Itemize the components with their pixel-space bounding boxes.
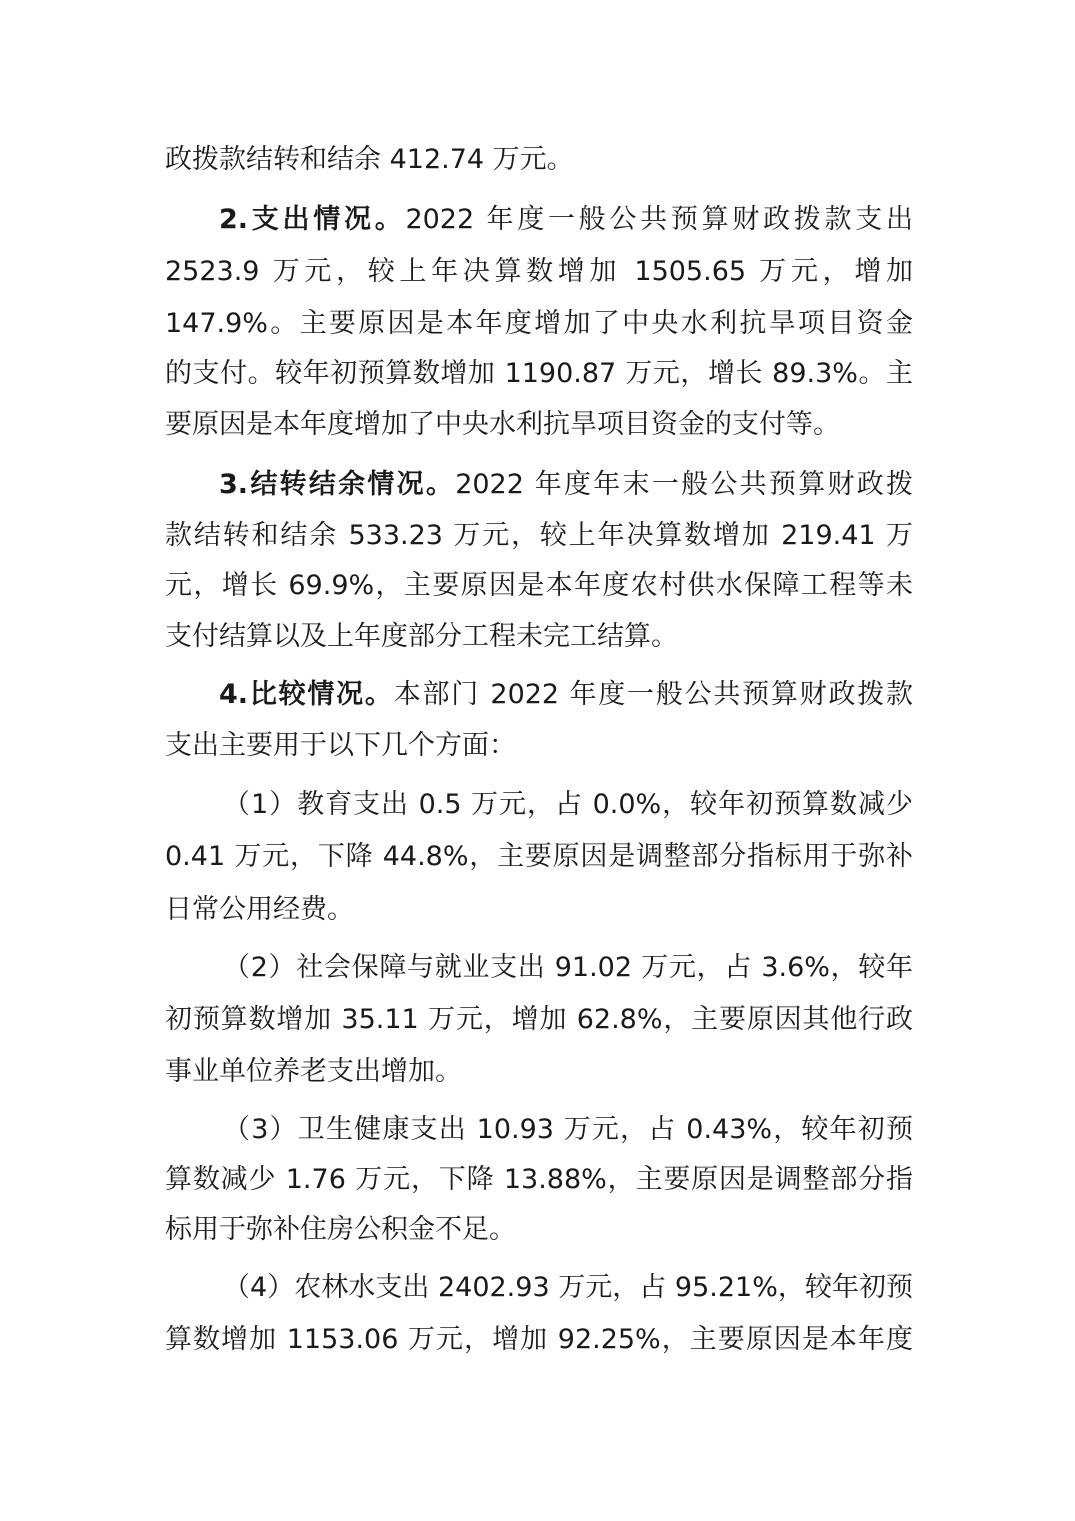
paragraph-line: 元，增长 69.9%，主要原因是本年度农村供水保障工程等未 xyxy=(165,564,913,608)
list-item-line: （2）社会保障与就业支出 91.02 万元，占 3.6%，较年 xyxy=(165,946,913,990)
paragraph-line: 事业单位养老支出增加。 xyxy=(165,1050,913,1094)
paragraph-text: 2022 年度年末一般公共预算财政拨 xyxy=(455,469,913,500)
paragraph-line: 初预算数增加 35.11 万元，增加 62.8%，主要原因其他行政 xyxy=(165,998,913,1042)
list-item-line: （1）教育支出 0.5 万元，占 0.0%，较年初预算数减少 xyxy=(165,783,913,827)
paragraph-line: 147.9%。主要原因是本年度增加了中央水利抗旱项目资金 xyxy=(165,302,913,346)
paragraph-line: 政拨款结转和结余 412.74 万元。 xyxy=(165,138,913,182)
paragraph-line: 标用于弥补住房公积金不足。 xyxy=(165,1208,913,1252)
paragraph-heading-line: 4.比较情况。本部门 2022 年度一般公共预算财政拨款 xyxy=(165,673,913,717)
paragraph-line: 日常公用经费。 xyxy=(165,888,913,932)
paragraph-line: 要原因是本年度增加了中央水利抗旱项目资金的支付等。 xyxy=(165,403,913,447)
paragraph-heading-line: 2.支出情况。2022 年度一般公共预算财政拨款支出 xyxy=(165,198,913,242)
paragraph-line: 的支付。较年初预算数增加 1190.87 万元，增长 89.3%。主 xyxy=(165,352,913,396)
list-item-line: （4）农林水支出 2402.93 万元，占 95.21%，较年初预 xyxy=(165,1266,913,1310)
section-heading: 3.结转结余情况。 xyxy=(219,469,455,500)
paragraph-heading-line: 3.结转结余情况。2022 年度年末一般公共预算财政拨 xyxy=(165,463,913,507)
paragraph-line: 0.41 万元，下降 44.8%，主要原因是调整部分指标用于弥补 xyxy=(165,835,913,879)
section-heading: 2.支出情况。 xyxy=(219,204,405,235)
paragraph-text: 本部门 2022 年度一般公共预算财政拨款 xyxy=(394,679,913,710)
paragraph-line: 支出主要用于以下几个方面： xyxy=(165,724,913,768)
paragraph-line: 支付结算以及上年度部分工程未完工结算。 xyxy=(165,615,913,659)
section-heading: 4.比较情况。 xyxy=(219,679,394,710)
paragraph-line: 2523.9 万元，较上年决算数增加 1505.65 万元，增加 xyxy=(165,250,913,294)
paragraph-line: 款结转和结余 533.23 万元，较上年决算数增加 219.41 万 xyxy=(165,514,913,558)
paragraph-line: 算数增加 1153.06 万元，增加 92.25%，主要原因是本年度 xyxy=(165,1318,913,1362)
paragraph-text: 2022 年度一般公共预算财政拨款支出 xyxy=(405,204,913,235)
list-item-line: （3）卫生健康支出 10.93 万元，占 0.43%，较年初预 xyxy=(165,1108,913,1152)
paragraph-line: 算数减少 1.76 万元，下降 13.88%，主要原因是调整部分指 xyxy=(165,1158,913,1202)
